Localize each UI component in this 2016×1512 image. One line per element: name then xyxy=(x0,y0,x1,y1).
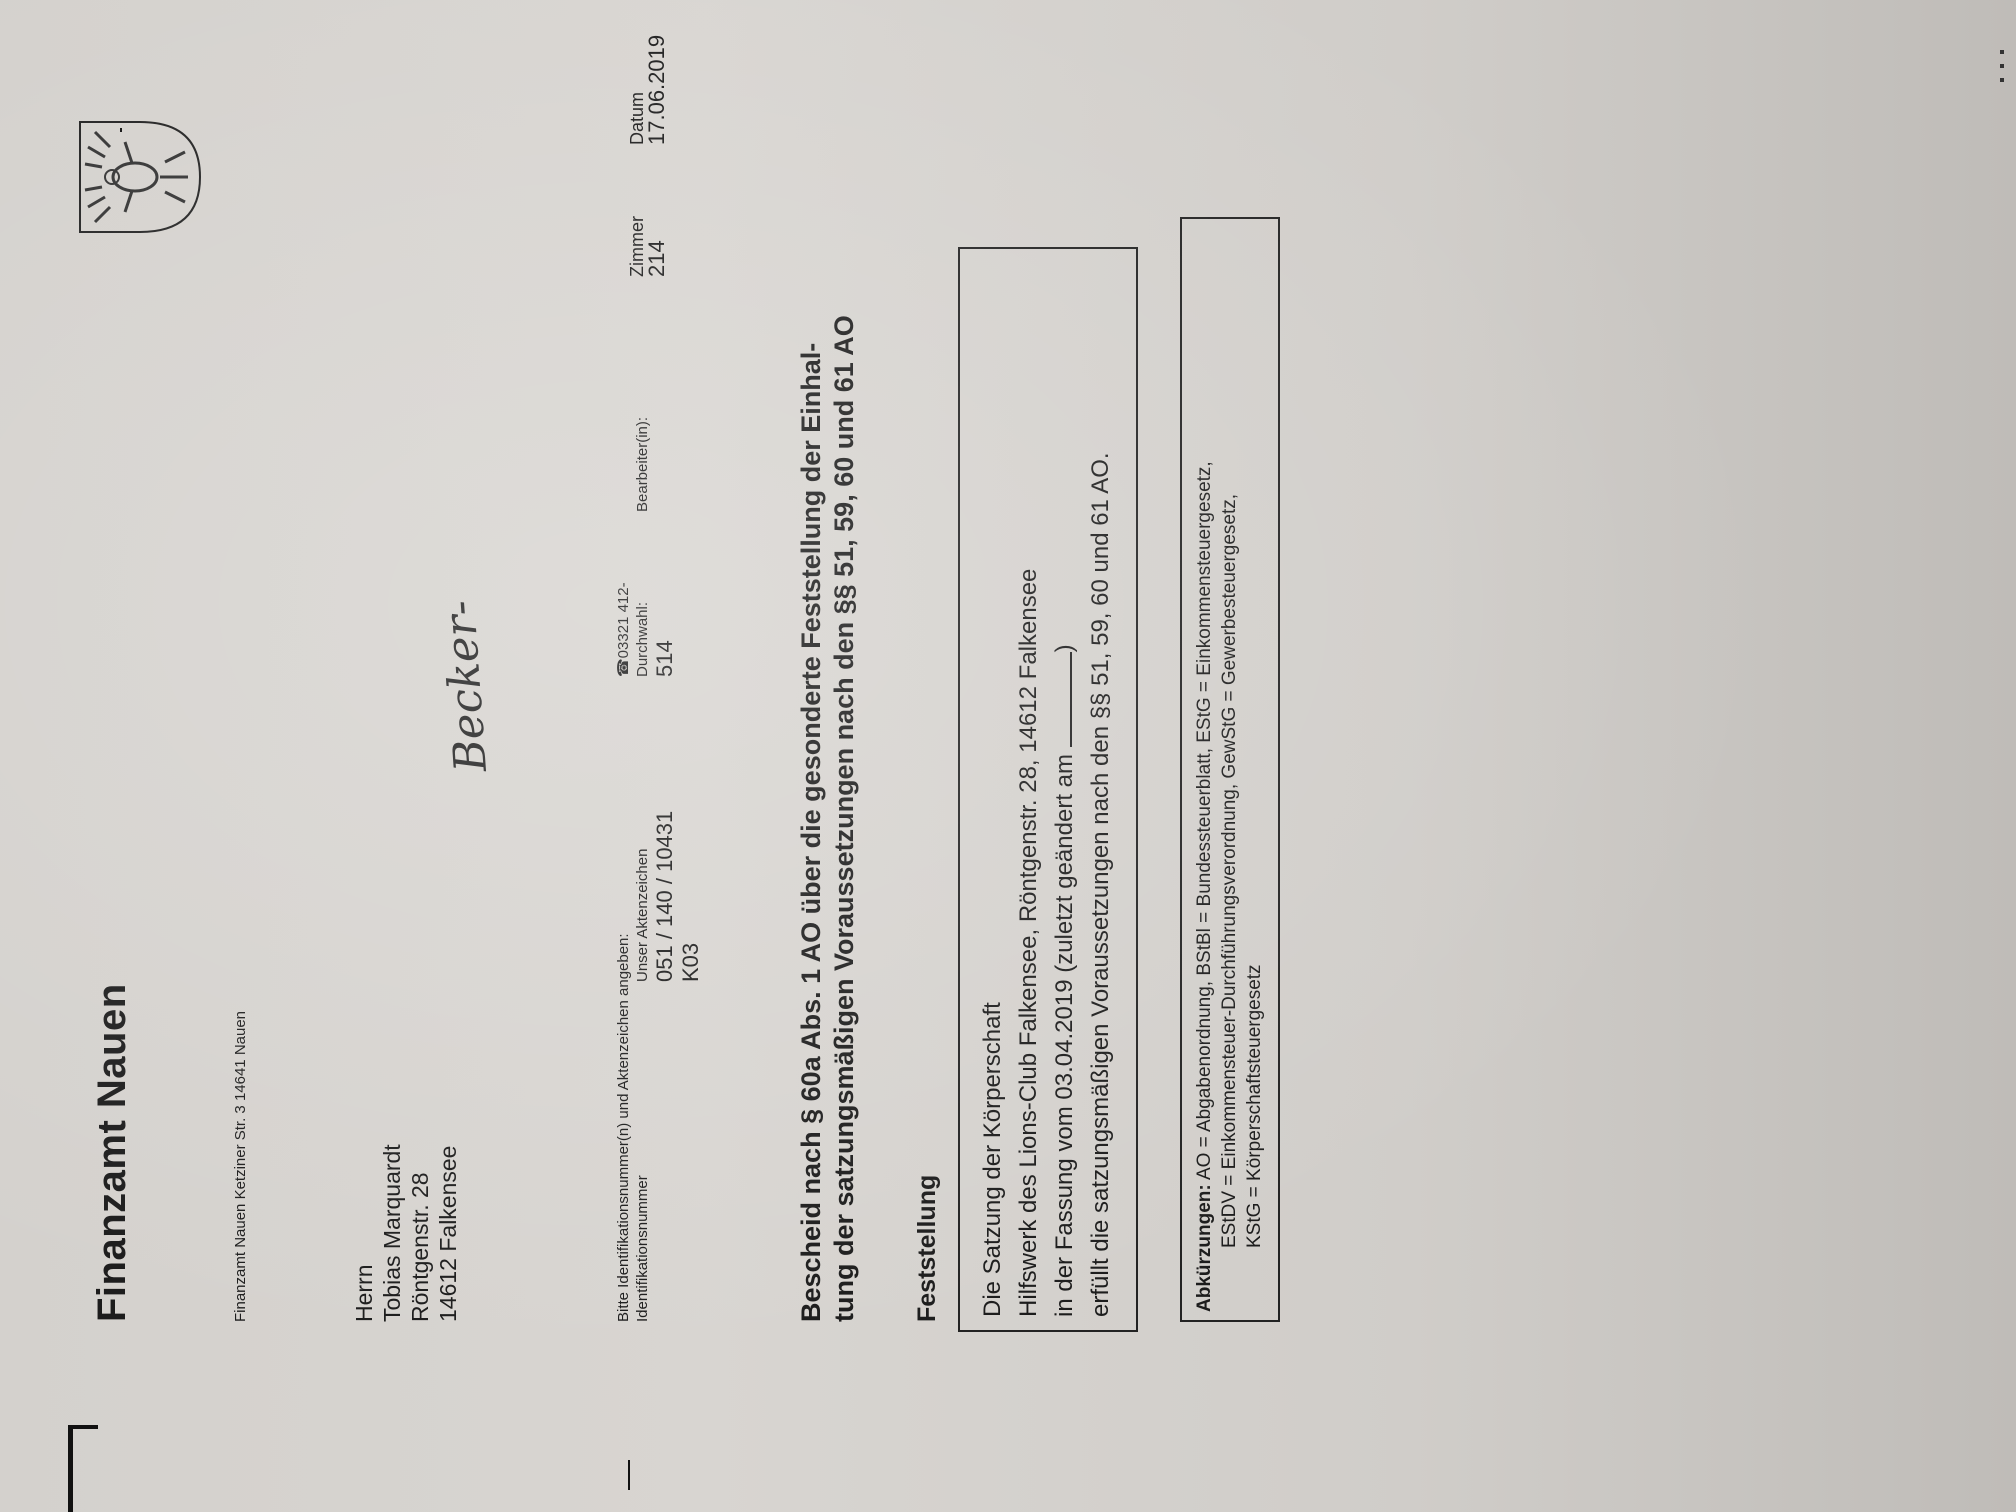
determination-line-2: Hilfswerk des Lions-Club Falkensee, Rönt… xyxy=(1011,452,1047,1317)
fold-mark xyxy=(628,1460,630,1490)
room-value: 214 xyxy=(647,216,666,277)
abbreviations-line-2: EStDV = Einkommensteuer-Durchführungsver… xyxy=(1217,461,1242,1312)
file-number-label: Unser Aktenzeichen xyxy=(633,811,652,982)
abbreviations-line-1: AO = Abgabenordnung, BStBl = Bundessteue… xyxy=(1194,461,1215,1184)
extension-label: Durchwahl: xyxy=(633,582,652,677)
clerk-label: Bearbeiter(in): xyxy=(633,417,652,512)
abbreviations-label: Abkürzungen: xyxy=(1194,1184,1215,1312)
tax-notice-page: Finanzamt Nauen Finanzamt Nauen Ketziner… xyxy=(0,0,2016,1512)
room-reference: Zimmer 214 xyxy=(628,216,666,277)
file-reference: Unser Aktenzeichen 051 / 140 / 10431 K03 xyxy=(633,811,704,982)
reference-instruction: Bitte Identifikationsnummer(n) und Akten… xyxy=(614,933,633,1322)
determination-line-1: Die Satzung der Körperschaft xyxy=(975,452,1011,1317)
determination-line-3: in der Fassung vom 03.04.2019 (zuletzt g… xyxy=(1047,452,1083,1317)
abbreviations-line-3: KStG = Körperschaftsteuergesetz xyxy=(1242,461,1267,1312)
recipient-city: 14612 Falkensee xyxy=(434,1144,462,1322)
headline-line-1: Bescheid nach § 60a Abs. 1 AO über die g… xyxy=(795,315,828,1322)
telephone-icon: ☎ xyxy=(615,658,632,677)
recipient-salutation: Herrn xyxy=(350,1144,378,1322)
extension-value: 514 xyxy=(652,582,678,677)
recipient-name: Tobias Marquardt xyxy=(378,1144,406,1322)
determination-line-4: erfüllt die satzungsmäßigen Voraussetzun… xyxy=(1083,452,1119,1317)
id-number-label: Identifikationsnummer xyxy=(633,933,652,1322)
headline-line-2: tung der satzungsmäßigen Voraussetzungen… xyxy=(828,315,861,1322)
page-edge-mark-horizontal xyxy=(68,1425,98,1429)
reference-ids: Bitte Identifikationsnummer(n) und Akten… xyxy=(614,933,652,1322)
notice-headline: Bescheid nach § 60a Abs. 1 AO über die g… xyxy=(795,315,861,1322)
recipient-address: Herrn Tobias Marquardt Röntgenstr. 28 14… xyxy=(350,1144,462,1322)
determination-text: Die Satzung der Körperschaft Hilfswerk d… xyxy=(975,452,1119,1317)
sender-return-address: Finanzamt Nauen Ketziner Str. 3 14641 Na… xyxy=(232,1011,249,1322)
brandenburg-eagle-crest-icon xyxy=(70,102,210,252)
office-title: Finanzamt Nauen xyxy=(90,983,135,1322)
abbreviations-text: Abkürzungen: AO = Abgabenordnung, BStBl … xyxy=(1192,461,1267,1312)
date-value: 17.06.2019 xyxy=(647,35,666,145)
phone-reference: ☎03321 412- Durchwahl: 514 xyxy=(614,582,678,677)
amendment-date-blank xyxy=(1048,652,1072,747)
file-number-value-2: K03 xyxy=(678,811,704,982)
handwritten-signature: Becker- xyxy=(434,599,497,774)
more-options-icon[interactable] xyxy=(2000,50,2004,90)
section-title: Feststellung xyxy=(913,1175,942,1322)
page-edge-mark xyxy=(68,1425,73,1512)
phone-prefix: 03321 412- xyxy=(615,582,632,658)
clerk-reference: Bearbeiter(in): xyxy=(633,417,652,512)
file-number-value: 051 / 140 / 10431 xyxy=(652,811,678,982)
date-reference: Datum 17.06.2019 xyxy=(628,35,666,145)
recipient-street: Röntgenstr. 28 xyxy=(406,1144,434,1322)
